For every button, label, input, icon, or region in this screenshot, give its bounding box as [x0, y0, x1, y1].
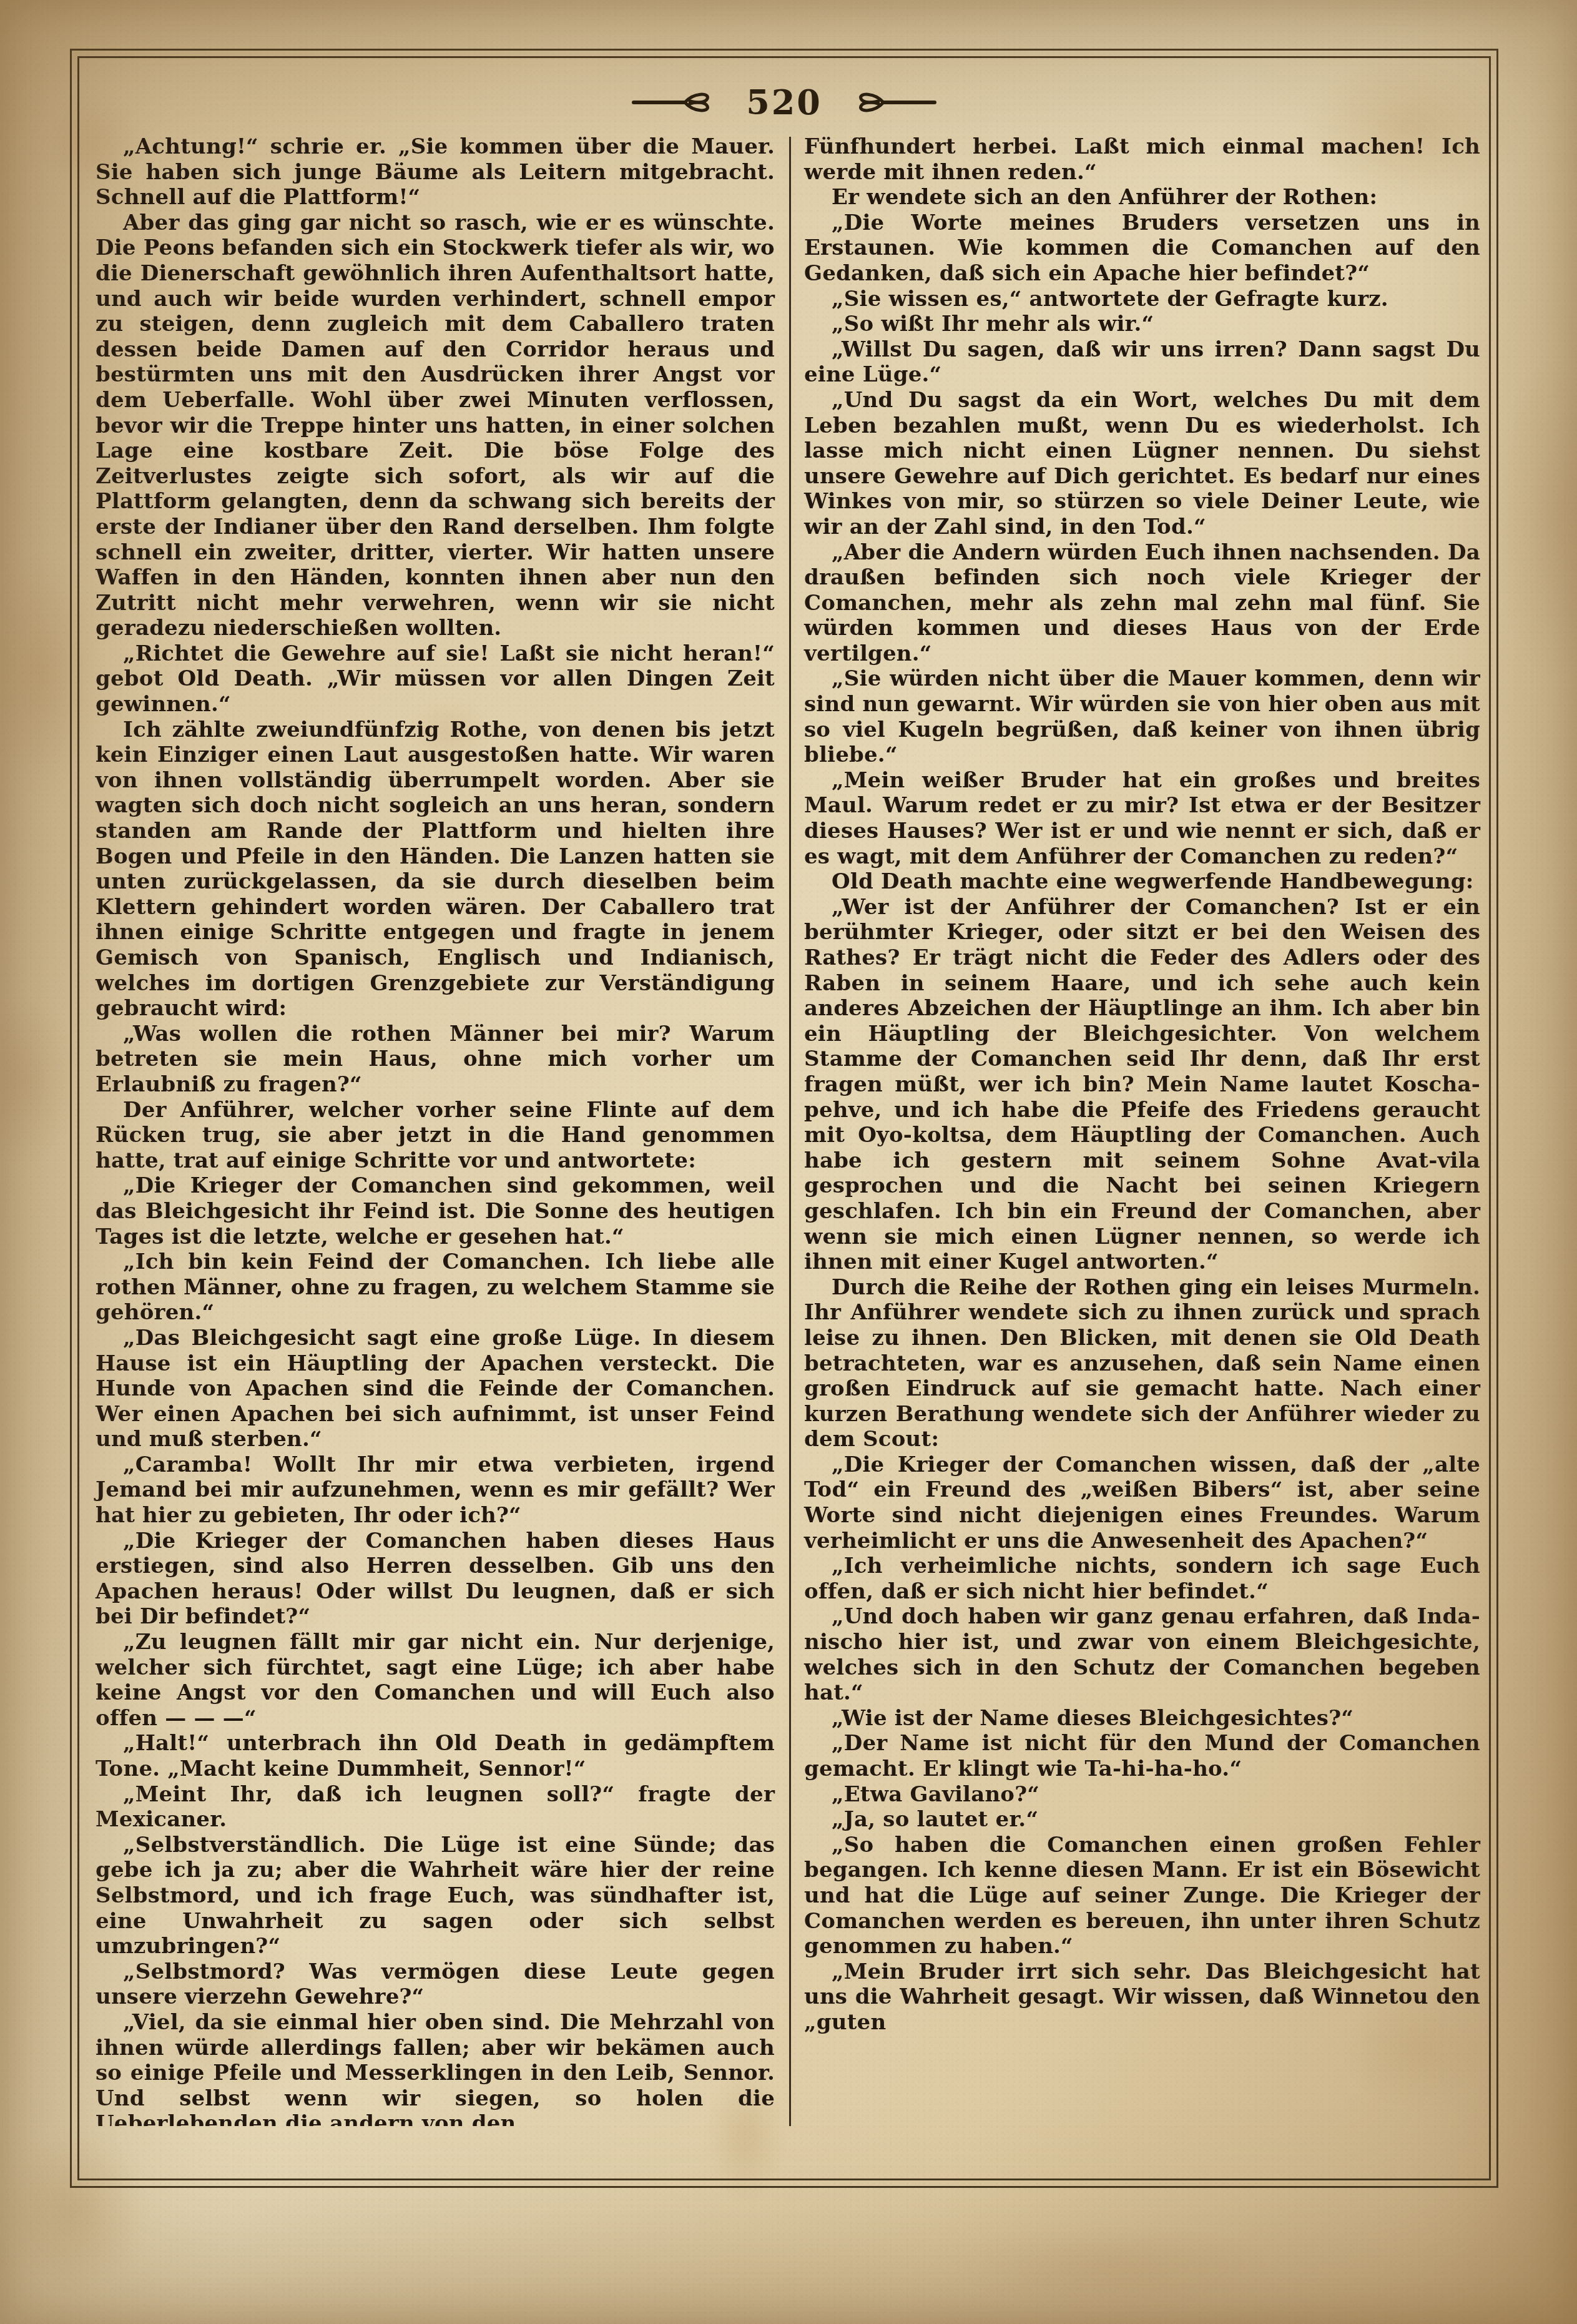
paragraph: „So haben die Comanchen einen großen Feh… [804, 1833, 1480, 1959]
paragraph: „Und Du sagst da ein Wort, welches Du mi… [804, 388, 1480, 540]
page-number: 520 [746, 86, 822, 119]
left-column: „Achtung!“ schrie er. „Sie kommen über d… [96, 134, 775, 2126]
flourish-right-icon [855, 90, 937, 115]
paragraph: „Ja, so lautet er.“ [804, 1807, 1480, 1833]
paragraph: „Was wollen die rothen Männer bei mir? W… [96, 1022, 775, 1098]
paragraph: „Caramba! Wollt Ihr mir etwa verbieten, … [96, 1452, 775, 1529]
text-columns: „Achtung!“ schrie er. „Sie kommen über d… [79, 134, 1489, 2126]
paragraph: „Sie wissen es,“ antwortete der Gefragte… [804, 287, 1480, 312]
paragraph: „Willst Du sagen, daß wir uns irren? Dan… [804, 337, 1480, 388]
paragraph: „Das Bleichgesicht sagt eine große Lüge.… [96, 1326, 775, 1452]
paragraph: „Selbstmord? Was vermögen diese Leute ge… [96, 1959, 775, 2010]
paragraph: „Selbstverständlich. Die Lüge ist eine S… [96, 1833, 775, 1959]
flourish-left-icon [631, 90, 714, 115]
page-frame-inner: 520 „Achtung!“ schrie er. „Sie kommen üb… [77, 56, 1491, 2180]
paragraph: „Zu leugnen fällt mir gar nicht ein. Nur… [96, 1630, 775, 1731]
paragraph: „Etwa Gavilano?“ [804, 1782, 1480, 1808]
paragraph: „Viel, da sie einmal hier oben sind. Die… [96, 2010, 775, 2126]
paragraph: Old Death machte eine wegwerfende Handbe… [804, 869, 1480, 895]
column-divider [789, 137, 791, 2126]
paragraph: „Wie ist der Name dieses Bleichgesichtes… [804, 1706, 1480, 1731]
paragraph: „Sie würden nicht über die Mauer kommen,… [804, 666, 1480, 767]
paragraph: „Ich bin kein Feind der Comanchen. Ich l… [96, 1249, 775, 1326]
paragraph: „Halt!“ unterbrach ihn Old Death in gedä… [96, 1731, 775, 1781]
paragraph: „Mein weißer Bruder hat ein großes und b… [804, 768, 1480, 869]
paragraph: „Die Krieger der Comanchen haben dieses … [96, 1529, 775, 1630]
paragraph: „Richtet die Gewehre auf sie! Laßt sie n… [96, 641, 775, 717]
paragraph: Ich zählte zweiundfünfzig Rothe, von den… [96, 717, 775, 1022]
paragraph: „So wißt Ihr mehr als wir.“ [804, 312, 1480, 337]
page: { "header": { "page_number": "520", "flo… [0, 0, 1577, 2324]
paragraph: „Meint Ihr, daß ich leugnen soll?“ fragt… [96, 1782, 775, 1833]
paragraph: „Mein Bruder irrt sich sehr. Das Bleichg… [804, 1959, 1480, 2036]
paragraph: „Und doch haben wir ganz genau erfahren,… [804, 1604, 1480, 1705]
paragraph: „Die Worte meines Bruders versetzen uns … [804, 210, 1480, 287]
paragraph: „Aber die Andern würden Euch ihnen nachs… [804, 540, 1480, 667]
page-frame-outer: 520 „Achtung!“ schrie er. „Sie kommen üb… [70, 49, 1498, 2188]
right-column: Fünfhundert herbei. Laßt mich einmal mac… [804, 134, 1480, 2126]
paragraph: Er wendete sich an den Anführer der Roth… [804, 185, 1480, 210]
paragraph: „Wer ist der Anführer der Comanchen? Ist… [804, 895, 1480, 1275]
paragraph: Der Anführer, welcher vorher seine Flint… [96, 1098, 775, 1174]
paragraph: „Die Krieger der Comanchen wissen, daß d… [804, 1452, 1480, 1553]
page-header: 520 [79, 86, 1489, 119]
paragraph: „Der Name ist nicht für den Mund der Com… [804, 1731, 1480, 1781]
paragraph: Fünfhundert herbei. Laßt mich einmal mac… [804, 134, 1480, 185]
paragraph: Aber das ging gar nicht so rasch, wie er… [96, 210, 775, 641]
paragraph: Durch die Reihe der Rothen ging ein leis… [804, 1275, 1480, 1452]
paragraph: „Achtung!“ schrie er. „Sie kommen über d… [96, 134, 775, 210]
paragraph: „Ich verheimliche nichts, sondern ich sa… [804, 1553, 1480, 1604]
paper-stain [887, 2210, 1336, 2323]
paragraph: „Die Krieger der Comanchen sind gekommen… [96, 1173, 775, 1249]
